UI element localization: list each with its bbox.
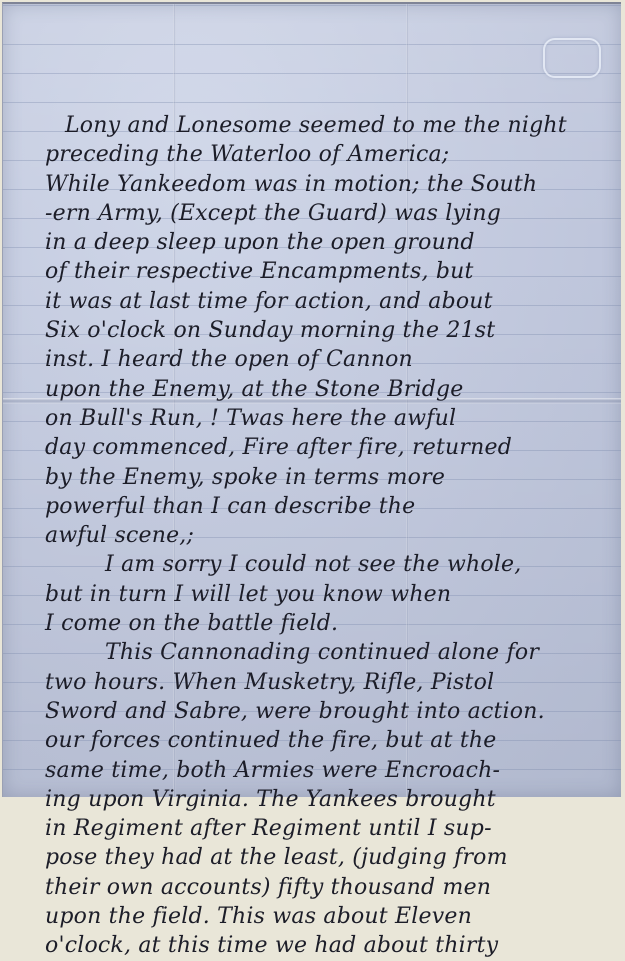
letter-line: Sword and Sabre, were brought into actio… [45, 697, 615, 726]
embossed-stationer-mark-icon [543, 38, 601, 78]
letter-line: it was at last time for action, and abou… [45, 287, 615, 316]
letter-line: upon the Enemy, at the Stone Bridge [45, 375, 615, 404]
letter-line: same time, both Armies were Encroach- [45, 756, 615, 785]
letter-line: Lony and Lonesome seemed to me the night [45, 111, 615, 140]
letter-line: but in turn I will let you know when [45, 580, 615, 609]
letter-line: on Bull's Run, ! Twas here the awful [45, 404, 615, 433]
letter-line: Six o'clock on Sunday morning the 21st [45, 316, 615, 345]
letter-line: in a deep sleep upon the open ground [45, 228, 615, 257]
letter-line: powerful than I can describe the [45, 492, 615, 521]
letter-body: Lony and Lonesome seemed to me the night… [45, 111, 615, 800]
letter-line: inst. I heard the open of Cannon [45, 345, 615, 374]
letter-line: our forces continued the fire, but at th… [45, 726, 615, 755]
letter-line: This Cannonading continued alone for [45, 638, 615, 667]
letter-line: of their respective Encampments, but [45, 257, 615, 286]
letter-line: -ern Army, (Except the Guard) was lying [45, 199, 615, 228]
letter-line: ing upon Virginia. The Yankees brought [45, 785, 615, 800]
letter-line: preceding the Waterloo of America; [45, 140, 615, 169]
letter-line: awful scene,; [45, 521, 615, 550]
letter-line: I am sorry I could not see the whole, [45, 550, 615, 579]
letter-line: I come on the battle field. [45, 609, 615, 638]
letter-line: day commenced, Fire after fire, returned [45, 433, 615, 462]
letter-line: by the Enemy, spoke in terms more [45, 463, 615, 492]
letter-page: Lony and Lonesome seemed to me the night… [2, 2, 621, 797]
letter-line: two hours. When Musketry, Rifle, Pistol [45, 668, 615, 697]
letter-line: While Yankeedom was in motion; the South [45, 170, 615, 199]
